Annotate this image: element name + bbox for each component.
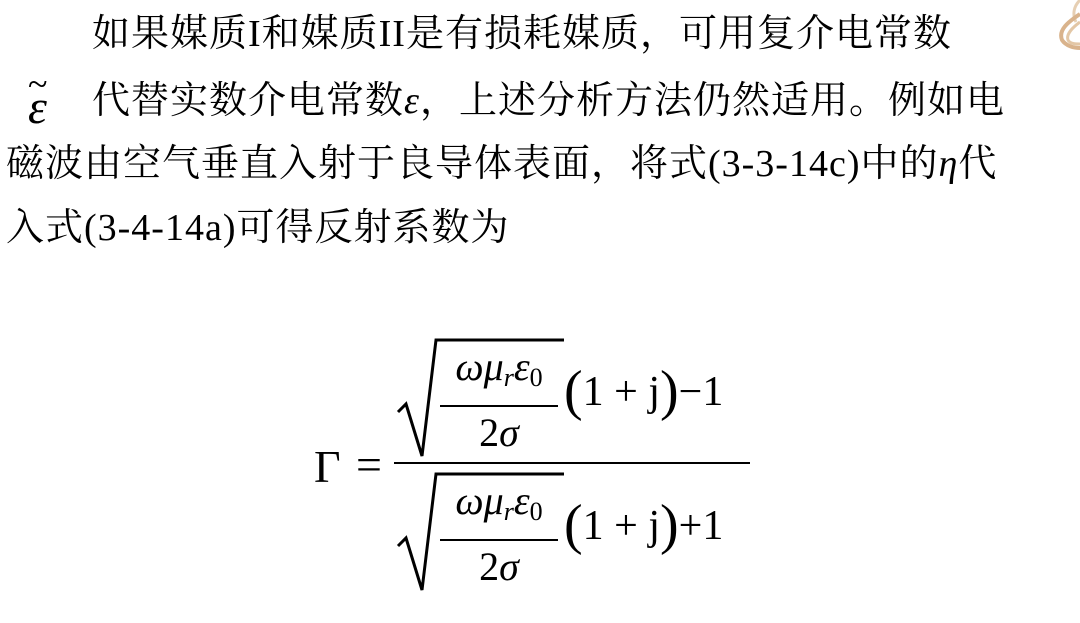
line-3-text-b: 代 — [958, 143, 997, 185]
gamma-symbol: Γ — [314, 442, 341, 492]
line-3-text-a: 磁波由空气垂直入射于良导体表面，将式(3-3-14c)中的 — [6, 143, 939, 185]
equals-sign: = — [356, 440, 382, 490]
denominator: ωμrε0 2σ (1 + j)+1 — [396, 468, 746, 598]
denominator-tail: (1 + j)+1 — [564, 500, 723, 551]
fraction-bottom: 2σ — [440, 543, 558, 591]
fraction-bar — [440, 539, 558, 541]
paragraph-line-1: 如果媒质I和媒质II是有损耗媒质，可用复介电常数 — [92, 12, 952, 56]
main-fraction-bar — [394, 462, 750, 464]
numerator: ωμrε0 2σ (1 + j)−1 — [396, 334, 746, 464]
fraction-top: ωμrε0 — [440, 344, 558, 401]
fraction-bar — [440, 405, 558, 407]
fraction-top: ωμrε0 — [440, 478, 558, 535]
epsilon-symbol: ε — [28, 84, 47, 132]
paragraph-line-2: 代替实数介电常数ε，上述分析方法仍然适用。例如电 — [92, 79, 1005, 123]
line-2-text-a: 代替实数介电常数 — [92, 80, 404, 122]
line-2-text-b: ，上述分析方法仍然适用。例如电 — [420, 80, 1005, 122]
paragraph-line-4: 入式(3-4-14a)可得反射系数为 — [6, 206, 509, 250]
fraction-bottom: 2σ — [440, 409, 558, 457]
numerator-inner-fraction: ωμrε0 2σ — [440, 344, 558, 457]
reflection-coefficient-formula: Γ = ωμrε0 2σ (1 + j)−1 ωμrε0 — [312, 330, 752, 600]
paragraph-line-3: 磁波由空气垂直入射于良导体表面，将式(3-3-14c)中的η代 — [6, 142, 997, 186]
epsilon-inline: ε — [404, 80, 420, 122]
coffee-cup-icon — [1050, 0, 1080, 60]
numerator-tail: (1 + j)−1 — [564, 366, 723, 417]
denominator-inner-fraction: ωμrε0 2σ — [440, 478, 558, 591]
eta-inline: η — [939, 143, 959, 185]
complex-permittivity-symbol: ~ ε — [24, 66, 84, 132]
